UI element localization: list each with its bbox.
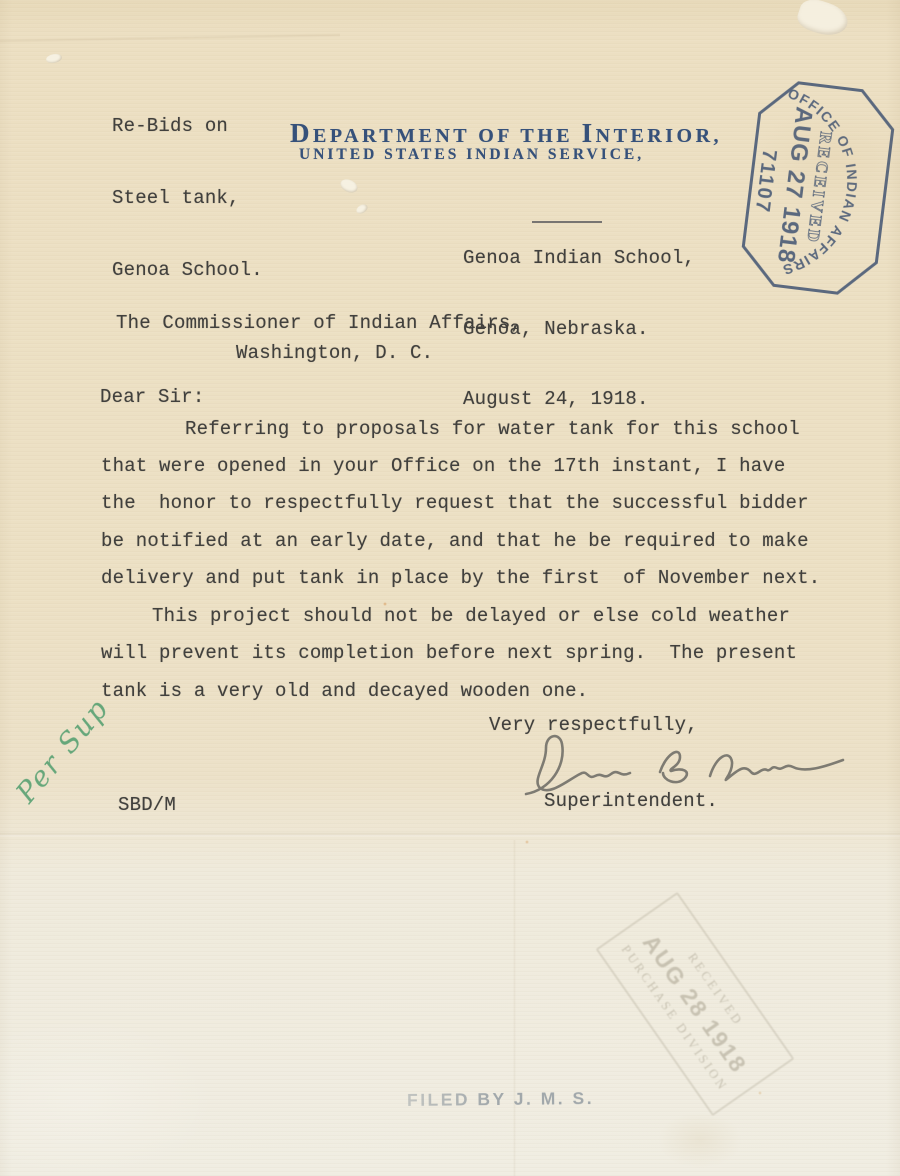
paper-tear bbox=[794, 0, 851, 41]
letter-page: Re-Bids on Steel tank, Genoa School. DEP… bbox=[0, 0, 900, 1176]
paper-crease bbox=[513, 840, 516, 1176]
subject-line: Re-Bids on bbox=[112, 114, 263, 138]
body-line: will prevent its completion before next … bbox=[101, 642, 797, 666]
subject-line: Steel tank, bbox=[112, 186, 263, 210]
paper-speck bbox=[355, 203, 369, 216]
subject-annotation: Re-Bids on Steel tank, Genoa School. bbox=[112, 66, 263, 330]
recipient-line2: Washington, D. C. bbox=[236, 342, 433, 364]
green-pen-note: Per Sup bbox=[9, 692, 115, 809]
dateline-date: August 24, 1918. bbox=[463, 388, 695, 412]
signature-title: Superintendent. bbox=[544, 790, 718, 812]
subject-line: Genoa School. bbox=[112, 258, 263, 282]
paper-crease bbox=[0, 33, 340, 43]
letterhead-initial: I bbox=[582, 118, 596, 148]
body-line: This project should not be delayed or el… bbox=[152, 605, 790, 629]
letterhead-text: EPARTMENT OF THE bbox=[313, 125, 582, 147]
body-line: tank is a very old and decayed wooden on… bbox=[101, 680, 588, 704]
dateline-school: Genoa Indian School, bbox=[463, 247, 695, 271]
paper-crease bbox=[0, 832, 900, 837]
filed-by-note: FILED BY J. M. S. bbox=[407, 1088, 594, 1111]
letterhead-initial: D bbox=[290, 118, 313, 148]
letterhead-service-line: UNITED STATES INDIAN SERVICE, bbox=[299, 146, 644, 164]
paper-speck bbox=[338, 177, 359, 195]
body-line: that were opened in your Office on the 1… bbox=[101, 455, 786, 479]
letterhead-text: NTERIOR, bbox=[596, 125, 722, 147]
body-line: the honor to respectfully request that t… bbox=[101, 492, 809, 516]
recipient-line1: The Commissioner of Indian Affairs, bbox=[116, 312, 522, 334]
typist-initials: SBD/M bbox=[118, 794, 176, 816]
body-line: be notified at an early date, and that h… bbox=[101, 530, 809, 554]
purchase-division-stamp: RECEIVED AUG 28 1918 PURCHASE DIVISION bbox=[596, 892, 795, 1116]
paper-speck bbox=[45, 53, 62, 65]
body-line: delivery and put tank in place by the fi… bbox=[101, 567, 820, 591]
underline-mark bbox=[532, 221, 602, 223]
salutation: Dear Sir: bbox=[100, 386, 204, 408]
received-stamp-graphic: OFFICE OF INDIAN AFFAIRS RECEIVED AUG 27… bbox=[736, 75, 900, 300]
body-line: Referring to proposals for water tank fo… bbox=[185, 418, 800, 442]
received-stamp: OFFICE OF INDIAN AFFAIRS RECEIVED AUG 27… bbox=[736, 75, 900, 300]
